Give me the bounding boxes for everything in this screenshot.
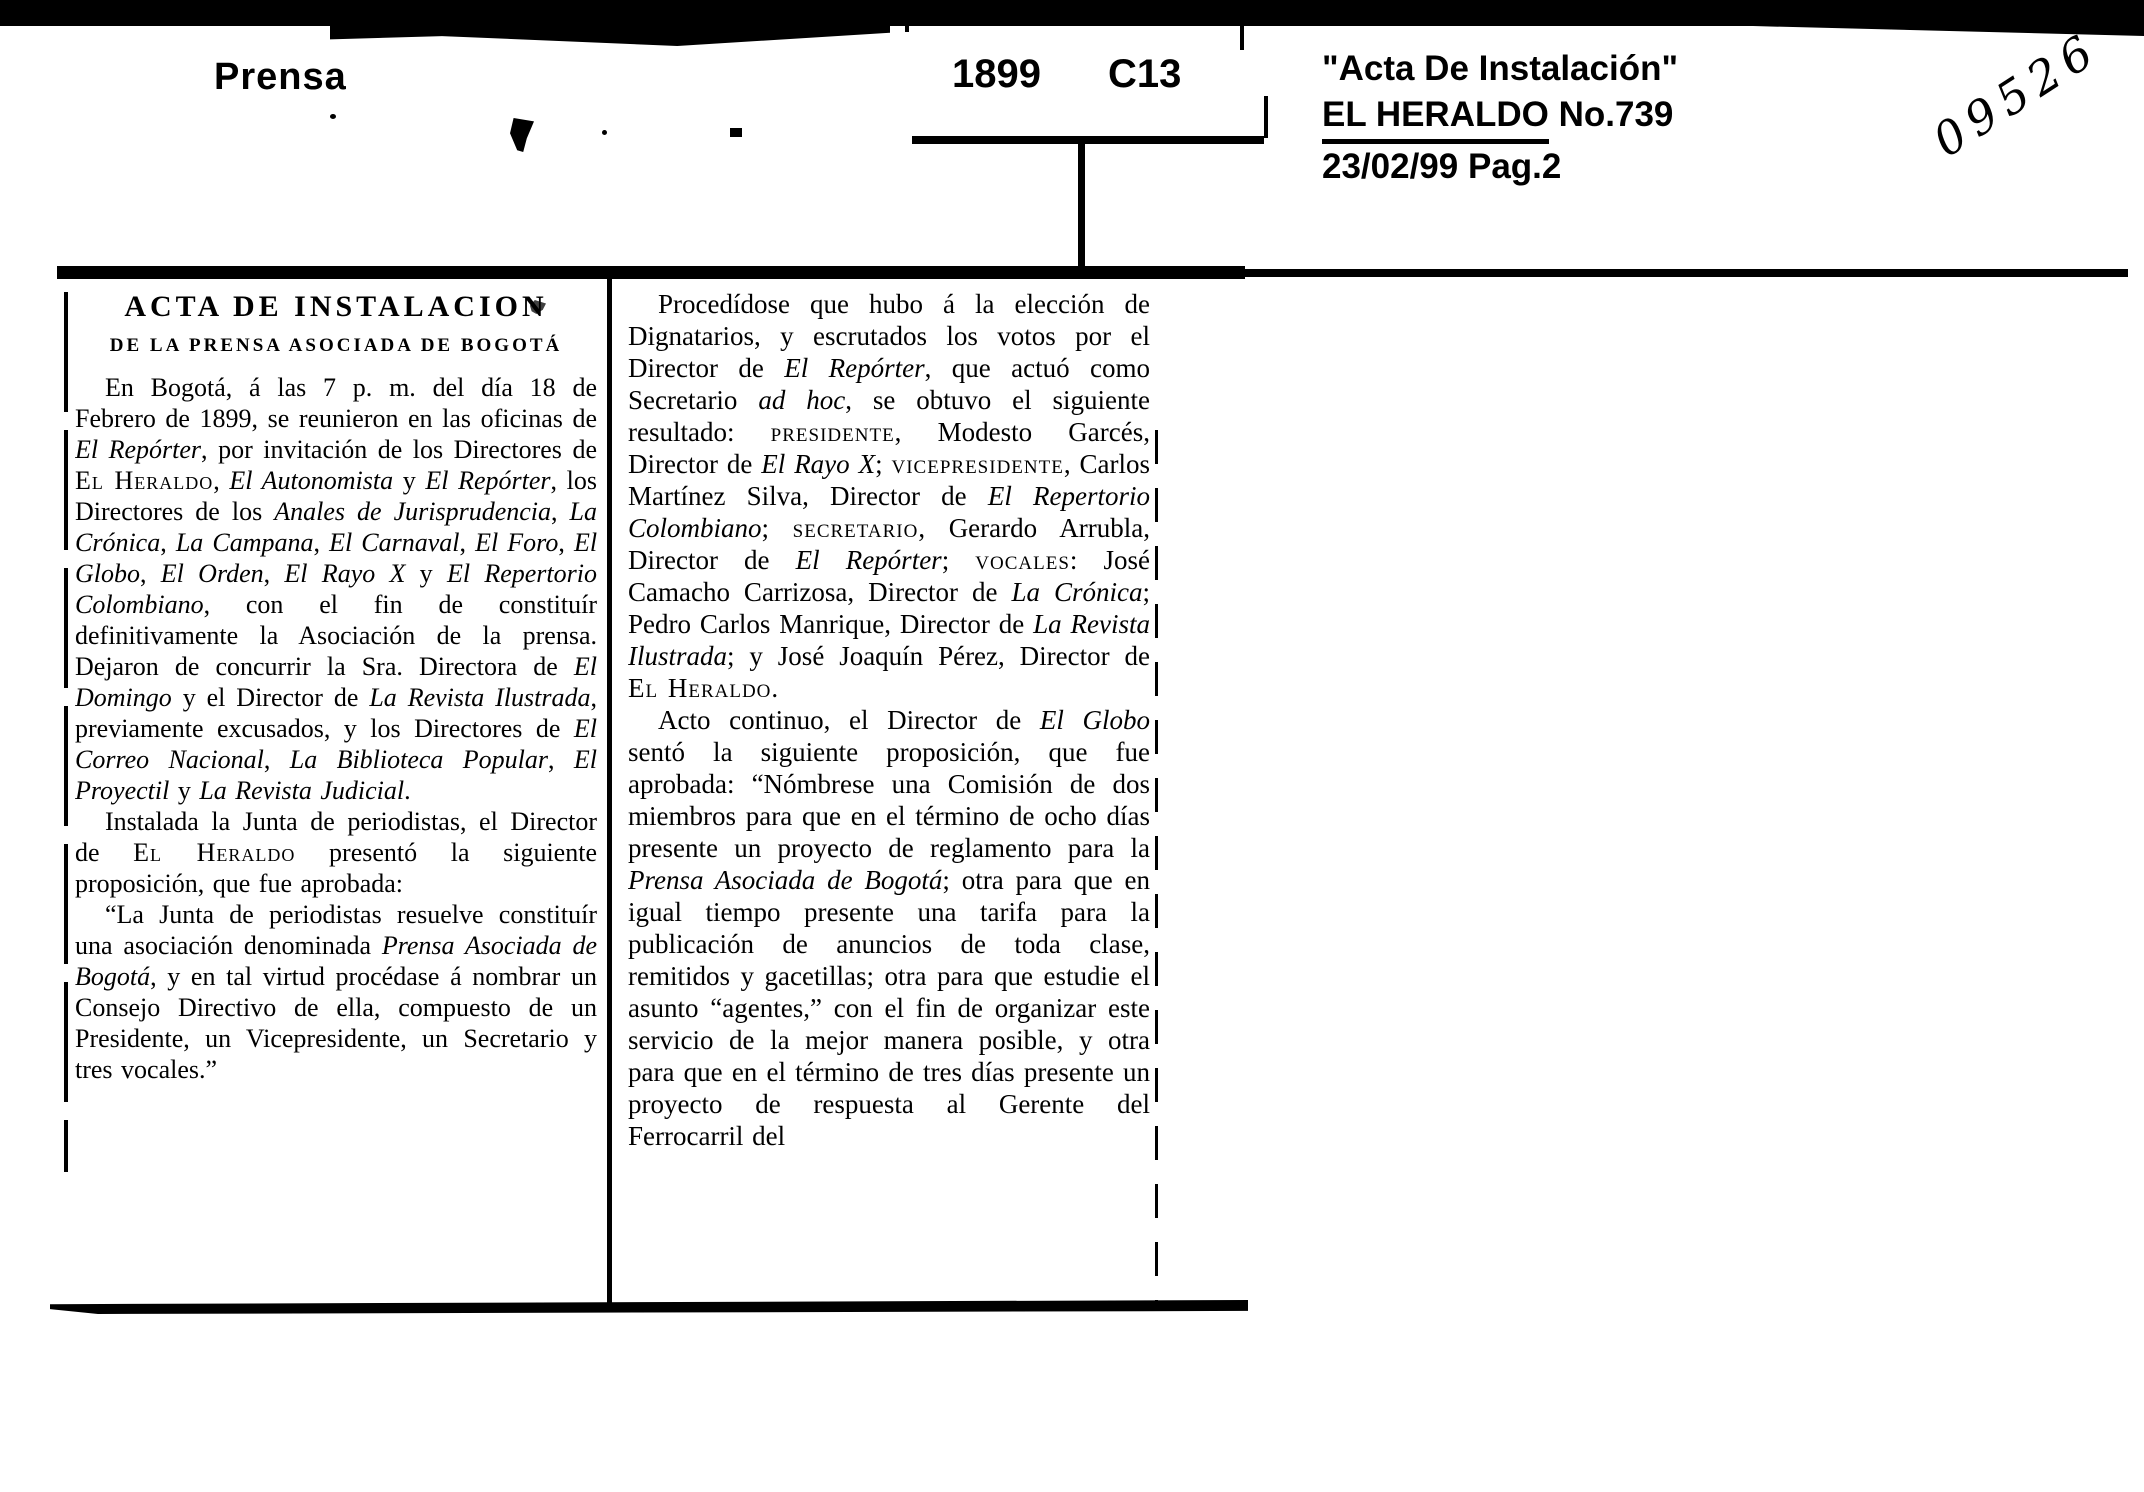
text-segment: , bbox=[548, 745, 574, 774]
text-segment: ad hoc bbox=[758, 385, 845, 415]
text-segment: La Revista Judicial bbox=[199, 776, 404, 805]
text-segment: . bbox=[404, 776, 411, 805]
citation-page: Pag.2 bbox=[1468, 147, 1561, 186]
text-segment: El Orden bbox=[161, 559, 264, 588]
text-segment: El Repórter bbox=[425, 466, 550, 495]
text-segment: El Heraldo bbox=[133, 838, 295, 867]
text-segment: El Rayo X bbox=[284, 559, 405, 588]
text-segment: , bbox=[160, 528, 176, 557]
text-segment: vocales bbox=[975, 545, 1070, 575]
citation-title: "Acta De Instalación" bbox=[1322, 46, 1678, 92]
article-paragraph: En Bogotá, á las 7 p. m. del día 18 de F… bbox=[75, 372, 597, 806]
text-segment: . bbox=[771, 673, 778, 703]
article-right-column-body: Procedídose que hubo á la elección de Di… bbox=[628, 288, 1150, 1152]
text-segment: y bbox=[405, 559, 447, 588]
scan-speck bbox=[602, 130, 607, 135]
citation-date-line: 23/02/99 Pag.2 bbox=[1322, 144, 1678, 190]
text-segment: , bbox=[213, 466, 229, 495]
text-segment: La Revista Ilustrada bbox=[369, 683, 590, 712]
article-paragraph: Acto continuo, el Director de El Globo s… bbox=[628, 704, 1150, 1152]
scan-tick-mark bbox=[1264, 96, 1268, 138]
scanned-newspaper-page: Prensa 1899 C13 "Acta De Instalación" EL… bbox=[0, 0, 2144, 1492]
scan-tick-mark bbox=[1240, 24, 1244, 50]
column-divider-rule bbox=[607, 279, 612, 1303]
text-segment: Anales de Jurisprudencia bbox=[274, 497, 551, 526]
pointer-line bbox=[1078, 140, 1085, 274]
text-segment: El Carnaval bbox=[329, 528, 459, 557]
article-top-rule-extension bbox=[1245, 269, 2128, 277]
text-segment: , bbox=[558, 528, 574, 557]
text-segment: El Repórter bbox=[796, 545, 942, 575]
text-segment: El Heraldo bbox=[75, 466, 213, 495]
text-segment: La Campana bbox=[176, 528, 314, 557]
text-segment: , y en tal virtud procédase á nombrar un… bbox=[75, 962, 597, 1084]
text-segment: Acto continuo, el Director de bbox=[658, 705, 1040, 735]
article-paragraph: Procedídose que hubo á la elección de Di… bbox=[628, 288, 1150, 704]
text-segment: , bbox=[460, 528, 476, 557]
article-right-column: Procedídose que hubo á la elección de Di… bbox=[628, 288, 1150, 1304]
text-segment: El Repórter bbox=[784, 353, 924, 383]
article-left-column-body: En Bogotá, á las 7 p. m. del día 18 de F… bbox=[75, 372, 597, 1085]
scan-speck bbox=[330, 114, 336, 119]
citation-source: EL HERALDO bbox=[1322, 92, 1549, 144]
article-title: ACTA DE INSTALACION bbox=[75, 290, 597, 324]
text-segment: y bbox=[169, 776, 199, 805]
year-code-underline bbox=[912, 136, 1264, 144]
citation-source-line: EL HERALDO No.739 bbox=[1322, 92, 1678, 144]
text-segment: vicepresidente bbox=[892, 449, 1064, 479]
text-segment: ; bbox=[762, 513, 793, 543]
text-segment: , bbox=[264, 559, 285, 588]
article-subtitle: DE LA PRENSA ASOCIADA DE BOGOTÁ bbox=[75, 334, 597, 358]
scan-tick-mark bbox=[905, 10, 909, 32]
handwritten-archive-number: 09526 bbox=[1923, 21, 2109, 168]
text-segment: sentó la siguiente proposición, que fue … bbox=[628, 737, 1150, 863]
text-segment: y el Director de bbox=[172, 683, 370, 712]
text-segment: presidente bbox=[771, 417, 895, 447]
text-segment: , bbox=[140, 559, 161, 588]
citation-block: "Acta De Instalación" EL HERALDO No.739 … bbox=[1322, 46, 1678, 190]
text-segment: El Heraldo bbox=[628, 673, 771, 703]
text-segment: ; bbox=[875, 449, 891, 479]
article-right-edge-rule bbox=[1155, 430, 1158, 1308]
citation-issue-number: No.739 bbox=[1559, 95, 1674, 134]
year-code-label: 1899 bbox=[952, 52, 1041, 97]
marker-ink-dot bbox=[730, 128, 742, 137]
text-segment: ; y José Joaquín Pérez, Director de bbox=[727, 641, 1150, 671]
text-segment: En Bogotá, á las 7 p. m. del día 18 de F… bbox=[75, 373, 597, 433]
classification-code-label: C13 bbox=[1108, 52, 1181, 97]
text-segment: , bbox=[551, 497, 570, 526]
text-segment: El Globo bbox=[1040, 705, 1150, 735]
marker-ink-blob bbox=[510, 118, 534, 152]
text-segment: , bbox=[314, 528, 330, 557]
scan-artifact-blob bbox=[330, 24, 890, 46]
text-segment: y bbox=[393, 466, 425, 495]
article-left-edge-rule bbox=[64, 292, 68, 1172]
text-segment: La Crónica bbox=[1011, 577, 1142, 607]
text-segment: secretario bbox=[793, 513, 919, 543]
citation-date: 23/02/99 bbox=[1322, 147, 1458, 186]
text-segment: , por invitación de los Directores de bbox=[201, 435, 597, 464]
text-segment: , bbox=[264, 745, 290, 774]
article-paragraph: Instalada la Junta de periodistas, el Di… bbox=[75, 806, 597, 899]
text-segment: El Rayo X bbox=[761, 449, 875, 479]
collection-label: Prensa bbox=[214, 56, 347, 99]
article-paragraph: “La Junta de periodistas resuelve consti… bbox=[75, 899, 597, 1085]
text-segment: El Foro bbox=[475, 528, 558, 557]
article-top-rule bbox=[57, 266, 1245, 279]
text-segment: ; bbox=[942, 545, 976, 575]
scan-artifact-top-bar-right bbox=[1265, 0, 2144, 36]
text-segment: Prensa Asociada de Bogotá bbox=[628, 865, 942, 895]
text-segment: El Repórter bbox=[75, 435, 201, 464]
article-left-column: ACTA DE INSTALACION DE LA PRENSA ASOCIAD… bbox=[75, 284, 597, 1304]
text-segment: El Autonomista bbox=[229, 466, 393, 495]
text-segment: ; otra para que en igual tiempo presente… bbox=[628, 865, 1150, 1151]
text-segment: La Biblioteca Popular bbox=[290, 745, 548, 774]
